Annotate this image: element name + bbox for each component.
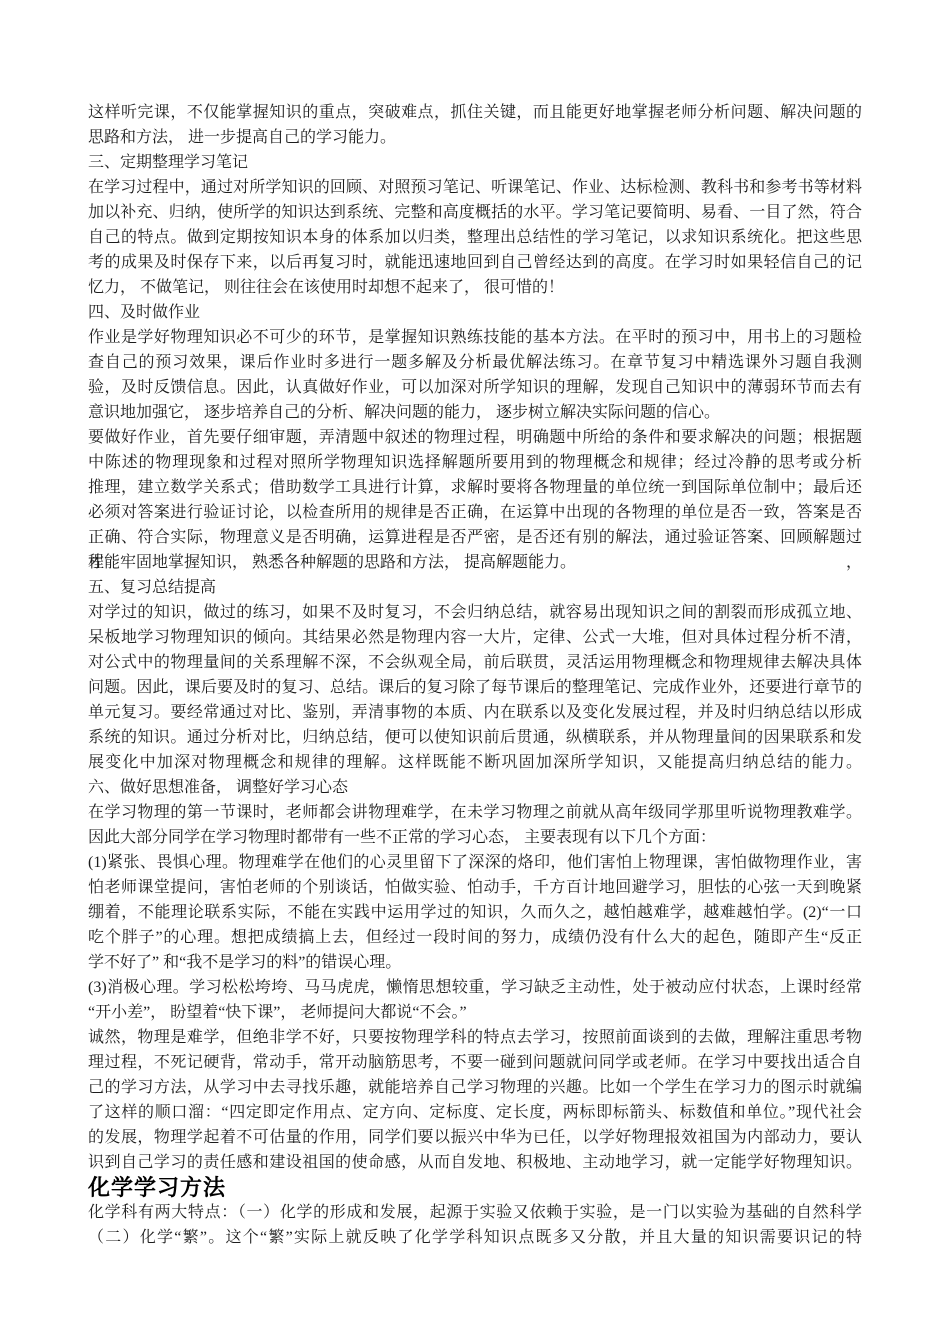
section-heading: 四、及时做作业 xyxy=(88,300,862,325)
text-line: 展变化中加深对物理概念和规律的理解。这样既能不断巩固加深所学知识，又能提高归纳总… xyxy=(88,750,862,775)
text-line: 对学过的知识，做过的练习，如果不及时复习，不会归纳总结，就容易出现知识之间的割裂… xyxy=(88,600,862,625)
text-line: 单元复习。要经常通过对比、鉴别，弄清事物的本质、内在联系以及变化发展过程，并及时… xyxy=(88,700,862,725)
text-line: 绷着，不能理论联系实际，不能在实践中运用学过的知识，久而久之，越怕越难学，越难越… xyxy=(88,900,862,925)
text-line: 系统的知识。通过分析对比，归纳总结，便可以使知识前后贯通，纵横联系，并从物理量间… xyxy=(88,725,862,750)
text-line: 这样听完课，不仅能掌握知识的重点，突破难点，抓住关键，而且能更好地掌握老师分析问… xyxy=(88,100,862,125)
text-line: 要做好作业，首先要仔细审题，弄清题中叙述的物理过程，明确题中所给的条件和要求解决… xyxy=(88,425,862,450)
text-line: 正确、符合实际，物理意义是否明确，运算进程是否严密，是否还有别的解法，通过验证答… xyxy=(88,525,862,550)
text-line: 忆力， 不做笔记， 则往往会在该使用时却想不起来了， 很可惜的！ xyxy=(88,275,862,300)
text-line: 中陈述的物理现象和过程对照所学物理知识选择解题所要用到的物理概念和规律；经过冷静… xyxy=(88,450,862,475)
text-line: 理过程，不死记硬背，常动手，常开动脑筋思考，不要一碰到问题就问同学或老师。在学习… xyxy=(88,1050,862,1075)
text-line: 必须对答案进行验证讨论，以检查所用的规律是否正确，在运算中出现的各物理的单位是否… xyxy=(88,500,862,525)
text-line: 吃个胖子”的心理。想把成绩搞上去，但经过一段时间的努力，成绩仍没有什么大的起色，… xyxy=(88,925,862,950)
text-line: 己的学习方法，从学习中去寻找乐趣，就能培养自己学习物理的兴趣。比如一个学生在学习… xyxy=(88,1075,862,1100)
text-line: 意识地加强它， 逐步培养自己的分析、解决问题的能力， 逐步树立解决实际问题的信心… xyxy=(88,400,862,425)
text-line: 思路和方法， 进一步提高自己的学习能力。 xyxy=(88,125,862,150)
text-line: 考的成果及时保存下来，以后再复习时，就能迅速地回到自己曾经达到的高度。在学习时如… xyxy=(88,250,862,275)
text-line: 了这样的顺口溜：“四定即定作用点、定方向、定标度、定长度，两标即标箭头、标数值和… xyxy=(88,1100,862,1125)
text-line: 呆板地学习物理知识的倾向。其结果必然是物理内容一大片，定律、公式一大堆，但对具体… xyxy=(88,625,862,650)
text-line: 加以补充、归纳，使所学的知识达到系统、完整和高度概括的水平。学习笔记要简明、易看… xyxy=(88,200,862,225)
text-line: 的发展，物理学起着不可估量的作用，同学们要以振兴中华为已任，以学好物理报效祖国为… xyxy=(88,1125,862,1150)
text-line: 学不好了” 和“我不是学习的料”的错误心理。 xyxy=(88,950,862,975)
document-page: 这样听完课，不仅能掌握知识的重点，突破难点，抓住关键，而且能更好地掌握老师分析问… xyxy=(0,0,950,1344)
text-line: 对公式中的物理量间的关系理解不深，不会纵观全局，前后联贯，灵活运用物理概念和物理… xyxy=(88,650,862,675)
text-line: (1)紧张、畏惧心理。物理难学在他们的心灵里留下了深深的烙印，他们害怕上物理课，… xyxy=(88,850,862,875)
text-line: （二）化学“繁”。这个“繁”实际上就反映了化学学科知识点既多又分散，并且大量的知… xyxy=(88,1225,862,1250)
text-line: 诚然，物理是难学，但绝非学不好，只要按物理学科的特点去学习，按照前面谈到的去做，… xyxy=(88,1025,862,1050)
text-line: 识到自己学习的责任感和建设祖国的使命感，从而自发地、积极地、主动地学习，就一定能… xyxy=(88,1150,862,1175)
text-line: “开小差”， 盼望着“快下课”， 老师提问大都说“不会。” xyxy=(88,1000,862,1025)
text-line: 作业是学好物理知识必不可少的环节，是掌握知识熟练技能的基本方法。在平时的预习中，… xyxy=(88,325,862,350)
section-heading: 五、复习总结提高 xyxy=(88,575,862,600)
text-line: 查自己的预习效果，课后作业时多进行一题多解及分析最优解法练习。在章节复习中精选课… xyxy=(88,350,862,375)
section-heading: 三、定期整理学习笔记 xyxy=(88,150,862,175)
text-block: 这样听完课，不仅能掌握知识的重点，突破难点，抓住关键，而且能更好地掌握老师分析问… xyxy=(88,100,862,1250)
text-line: 化学科有两大特点：（一）化学的形成和发展，起源于实验又依赖于实验，是一门以实验为… xyxy=(88,1200,862,1225)
section-heading: 六、做好思想准备， 调整好学习心态 xyxy=(88,775,862,800)
text-line: 怕老师课堂提问，害怕老师的个别谈话，怕做实验、怕动手，千方百计地回避学习，胆怯的… xyxy=(88,875,862,900)
text-line: 在学习过程中，通过对所学知识的回顾、对照预习笔记、听课笔记、作业、达标检测、教科… xyxy=(88,175,862,200)
text-line: (3)消极心理。学习松松垮垮、马马虎虎，懒惰思想较重，学习缺乏主动性，处于被动应… xyxy=(88,975,862,1000)
text-line: 因此大部分同学在学习物理时都带有一些不正常的学习心态， 主要表现有以下几个方面： xyxy=(88,825,862,850)
text-line: 验，及时反馈信息。因此，认真做好作业，可以加深对所学知识的理解，发现自己知识中的… xyxy=(88,375,862,400)
text-line: 在学习物理的第一节课时，老师都会讲物理难学，在未学习物理之前就从高年级同学那里听… xyxy=(88,800,862,825)
chapter-heading: 化学学习方法 xyxy=(88,1175,862,1200)
text-line: 自己的特点。做到定期按知识本身的体系加以归类，整理出总结性的学习笔记，以求知识系… xyxy=(88,225,862,250)
text-line: 问题。因此，课后要及时的复习、总结。课后的复习除了每节课后的整理笔记、完成作业外… xyxy=(88,675,862,700)
text-line: 推理，建立数学关系式；借助数学工具进行计算，求解时要将各物理量的单位统一到国际单… xyxy=(88,475,862,500)
